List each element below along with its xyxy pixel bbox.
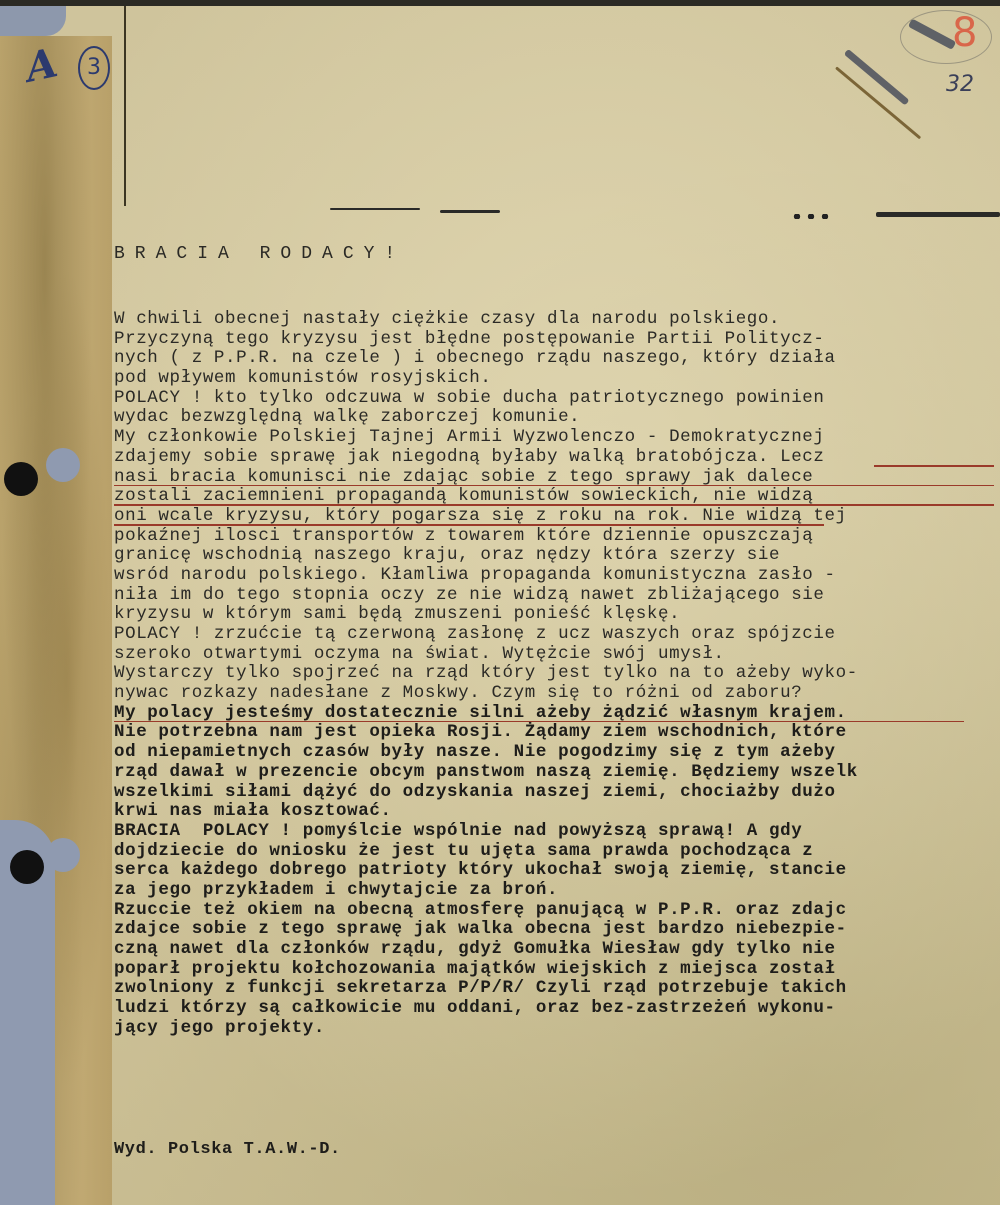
- page-number: 32: [946, 72, 974, 97]
- document-line: krwi nas miała kosztować.: [114, 802, 994, 822]
- scan-backdrop-top: [0, 6, 66, 36]
- document-line: zdajemy sobie sprawę jak niegodną byłaby…: [114, 448, 994, 468]
- document-line: BRACIA POLACY ! pomyślcie wspólnie nad p…: [114, 822, 994, 842]
- document-line: zdajce sobie z tego sprawę jak walka obe…: [114, 920, 994, 940]
- document-body: W chwili obecnej nastały ciężkie czasy d…: [114, 310, 994, 1038]
- document-line: poparł projektu kołchozowania majątków w…: [114, 960, 994, 980]
- document-line: pod wpływem komunistów rosyjskich.: [114, 369, 994, 389]
- punch-hole: [4, 462, 38, 496]
- document-line: Nie potrzebna nam jest opieka Rosji. Żąd…: [114, 723, 994, 743]
- punch-hole-shadow: [46, 448, 80, 482]
- typed-separator: [790, 214, 830, 219]
- punch-hole: [10, 850, 44, 884]
- document-line: kryzysu w którym sami będą zmuszeni poni…: [114, 605, 994, 625]
- document-line: wsród narodu polskiego. Kłamliwa propaga…: [114, 566, 994, 586]
- document-line: ludzi którzy są całkowicie mu oddani, or…: [114, 999, 994, 1019]
- document-line: zostali zaciemnieni propagandą komunistó…: [114, 487, 994, 507]
- document-line: W chwili obecnej nastały ciężkie czasy d…: [114, 310, 994, 330]
- document-line: niła im do tego stopnia oczy ze nie widz…: [114, 586, 994, 606]
- archive-circle-number: 3: [78, 46, 110, 90]
- document-line: Wystarczy tylko spojrzeć na rząd który j…: [114, 664, 994, 684]
- typed-separator: [876, 212, 1000, 217]
- publisher-signature: Wyd. Polska T.A.W.-D.: [114, 1140, 341, 1159]
- document-line: wszelkimi siłami dążyć do odzyskania nas…: [114, 783, 994, 803]
- document-line: czną nawet dla członków rządu, gdyż Gomu…: [114, 940, 994, 960]
- document-line: POLACY ! kto tylko odczuwa w sobie ducha…: [114, 389, 994, 409]
- document-line: Przyczyną tego kryzysu jest błędne postę…: [114, 330, 994, 350]
- document-line: zwolniony z funkcji sekretarza P/P/R/ Cz…: [114, 979, 994, 999]
- red-pencil-number: 8: [952, 10, 977, 56]
- document-line: nywac rozkazy nadesłane z Moskwy. Czym s…: [114, 684, 994, 704]
- document-line: od niepamietnych czasów były nasze. Nie …: [114, 743, 994, 763]
- document-line: szeroko otwartymi oczyma na świat. Wytęż…: [114, 645, 994, 665]
- document-line: My polacy jesteśmy dostatecznie silni aż…: [114, 704, 994, 724]
- document-line: granicę wschodnią naszego kraju, oraz nę…: [114, 546, 994, 566]
- document-line: wydac bezwzględną walkę zaborczej komuni…: [114, 408, 994, 428]
- document-line: oni wcale kryzysu, który pogarsza się z …: [114, 507, 994, 527]
- document-line: za jego przykładem i chwytajcie za broń.: [114, 881, 994, 901]
- document-line: rząd dawał w prezencie obcym panstwom na…: [114, 763, 994, 783]
- document-line: dojdziecie do wniosku że jest tu ujęta s…: [114, 842, 994, 862]
- document-line: pokaźnej ilosci transportów z towarem kt…: [114, 527, 994, 547]
- typed-separator: [440, 210, 500, 213]
- fold-line: [124, 6, 126, 206]
- document-line: nych ( z P.P.R. na czele ) i obecnego rz…: [114, 349, 994, 369]
- document-line: nasi bracia komunisci nie zdając sobie z…: [114, 468, 994, 488]
- document-line: serca każdego dobrego patrioty który uko…: [114, 861, 994, 881]
- document-line: POLACY ! zrzućcie tą czerwoną zasłonę z …: [114, 625, 994, 645]
- document-line: My członkowie Polskiej Tajnej Armii Wyzw…: [114, 428, 994, 448]
- document-heading: BRACIA RODACY!: [114, 244, 405, 264]
- typed-separator: [330, 208, 420, 210]
- document-line: jący jego projekty.: [114, 1019, 994, 1039]
- punch-hole-shadow: [46, 838, 80, 872]
- document-line: Rzuccie też okiem na obecną atmosferę pa…: [114, 901, 994, 921]
- scan-top-edge: [0, 0, 1000, 6]
